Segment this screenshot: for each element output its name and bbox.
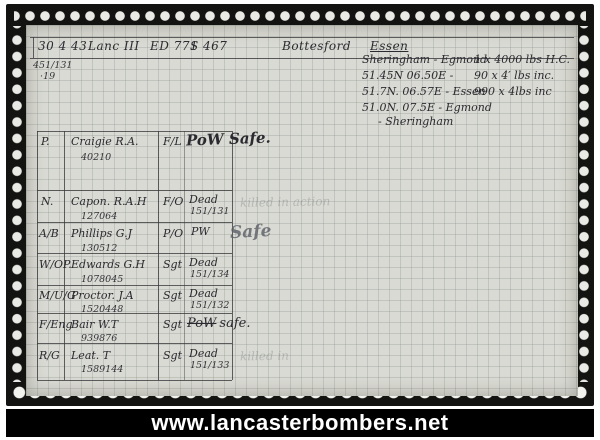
- crew-rule: [37, 190, 232, 191]
- crew-name: Craigie R.A.: [71, 136, 139, 148]
- crew-name: Phillips G.J: [71, 228, 132, 240]
- crew-fate: PoW Safe.: [186, 130, 271, 149]
- crew-name: Bair W.T: [71, 319, 118, 331]
- crew-role: A/B: [39, 228, 59, 240]
- crew-rank: Sgt: [163, 259, 182, 271]
- reference-number-2: ·19: [40, 72, 55, 82]
- crew-rank: F/O: [163, 196, 183, 208]
- route-line-1: Sheringham - Egmond: [362, 54, 487, 66]
- crew-service-number: 939876: [81, 334, 117, 344]
- crew-rule: [37, 253, 232, 254]
- crew-name: Leat. T: [71, 350, 110, 362]
- site-banner: www.lancasterbombers.net: [6, 409, 594, 437]
- perforation-dots-left: [9, 26, 24, 382]
- route-line-5: - Sheringham: [378, 116, 453, 128]
- crew-rule-v: [232, 131, 233, 380]
- fate-text: safe.: [219, 316, 250, 331]
- crew-service-number: 127064: [81, 212, 117, 222]
- route-line-2: 51.45N 06.50E -: [362, 70, 453, 82]
- crew-rule-v: [64, 131, 65, 380]
- crew-role: R/G: [39, 350, 60, 362]
- crew-rank: Sgt: [163, 290, 182, 302]
- crew-rule-v: [184, 131, 185, 380]
- crew-fate: Dead: [189, 288, 218, 300]
- crew-service-number: 40210: [81, 153, 111, 163]
- perforation-dots-top: [14, 8, 586, 23]
- header-rule-left: [33, 37, 34, 58]
- bombload-line-3: 990 x 4lbs inc: [474, 86, 552, 98]
- site-banner-text: www.lancasterbombers.net: [151, 410, 448, 436]
- crew-role: N.: [41, 196, 53, 208]
- crew-rule-v: [158, 131, 159, 380]
- crew-fate: PW: [191, 226, 210, 238]
- bombload-line-2: 90 x 4′ lbs inc.: [474, 70, 554, 82]
- crew-role: F/Eng: [39, 319, 73, 331]
- crew-service-number: 1589144: [81, 365, 123, 375]
- crew-fate-ref: 151/132: [190, 301, 229, 311]
- crew-rank: P/O: [163, 228, 183, 240]
- crew-rank: F/L: [163, 136, 182, 148]
- crew-rule: [37, 285, 232, 286]
- crew-fate: PoWsafe.: [187, 317, 250, 331]
- crew-rule-v: [37, 131, 38, 380]
- pencil-annotation: killed in: [240, 349, 289, 364]
- header-rule-top: [30, 37, 574, 38]
- crew-rule: [37, 380, 232, 381]
- crew-fate: Dead: [189, 194, 218, 206]
- crew-rule: [37, 222, 232, 223]
- crew-rule: [37, 313, 232, 314]
- crew-role: W/OP.: [39, 259, 72, 271]
- crew-rank: Sgt: [163, 350, 182, 362]
- crew-fate-ref: 151/134: [190, 270, 229, 280]
- pencil-annotation: killed in action: [240, 194, 330, 210]
- safe-stamp: Safe: [230, 221, 272, 243]
- crew-service-number: 1078045: [81, 275, 123, 285]
- crew-card: 30 4 43 Lanc III ED 771 S 467 Bottesford…: [26, 25, 578, 396]
- screenshot-stage: 30 4 43 Lanc III ED 771 S 467 Bottesford…: [0, 0, 600, 440]
- crew-fate: Dead: [189, 257, 218, 269]
- crew-rank: Sgt: [163, 319, 182, 331]
- crew-service-number: 1520448: [81, 305, 123, 315]
- perforation-dots-right: [576, 26, 591, 382]
- crew-rule: [37, 343, 232, 344]
- aircraft-type: Lanc III: [88, 40, 140, 53]
- crew-name: Edwards G.H: [71, 259, 145, 271]
- reference-number: 451/131: [33, 61, 72, 71]
- squadron-code: S 467: [190, 40, 227, 53]
- crew-service-number: 130512: [81, 244, 117, 254]
- route-line-3: 51.7N. 06.57E - Essen: [362, 86, 486, 98]
- sortie-date: 30 4 43: [38, 40, 87, 53]
- bombload-line-1: 1 x 4000 lbs H.C.: [474, 54, 570, 66]
- crew-name: Capon. R.A.H: [71, 196, 147, 208]
- crew-name: Proctor. J.A: [71, 290, 134, 302]
- crew-role: P.: [41, 136, 50, 148]
- fate-struck-text: PoW: [187, 316, 216, 331]
- route-line-4: 51.0N. 07.5E - Egmond: [362, 102, 492, 114]
- crew-fate-ref: 151/131: [190, 207, 229, 217]
- base-name: Bottesford: [282, 40, 351, 53]
- crew-fate: Dead: [189, 348, 218, 360]
- crew-fate-ref: 151/133: [190, 361, 229, 371]
- target-name: Essen: [370, 40, 408, 53]
